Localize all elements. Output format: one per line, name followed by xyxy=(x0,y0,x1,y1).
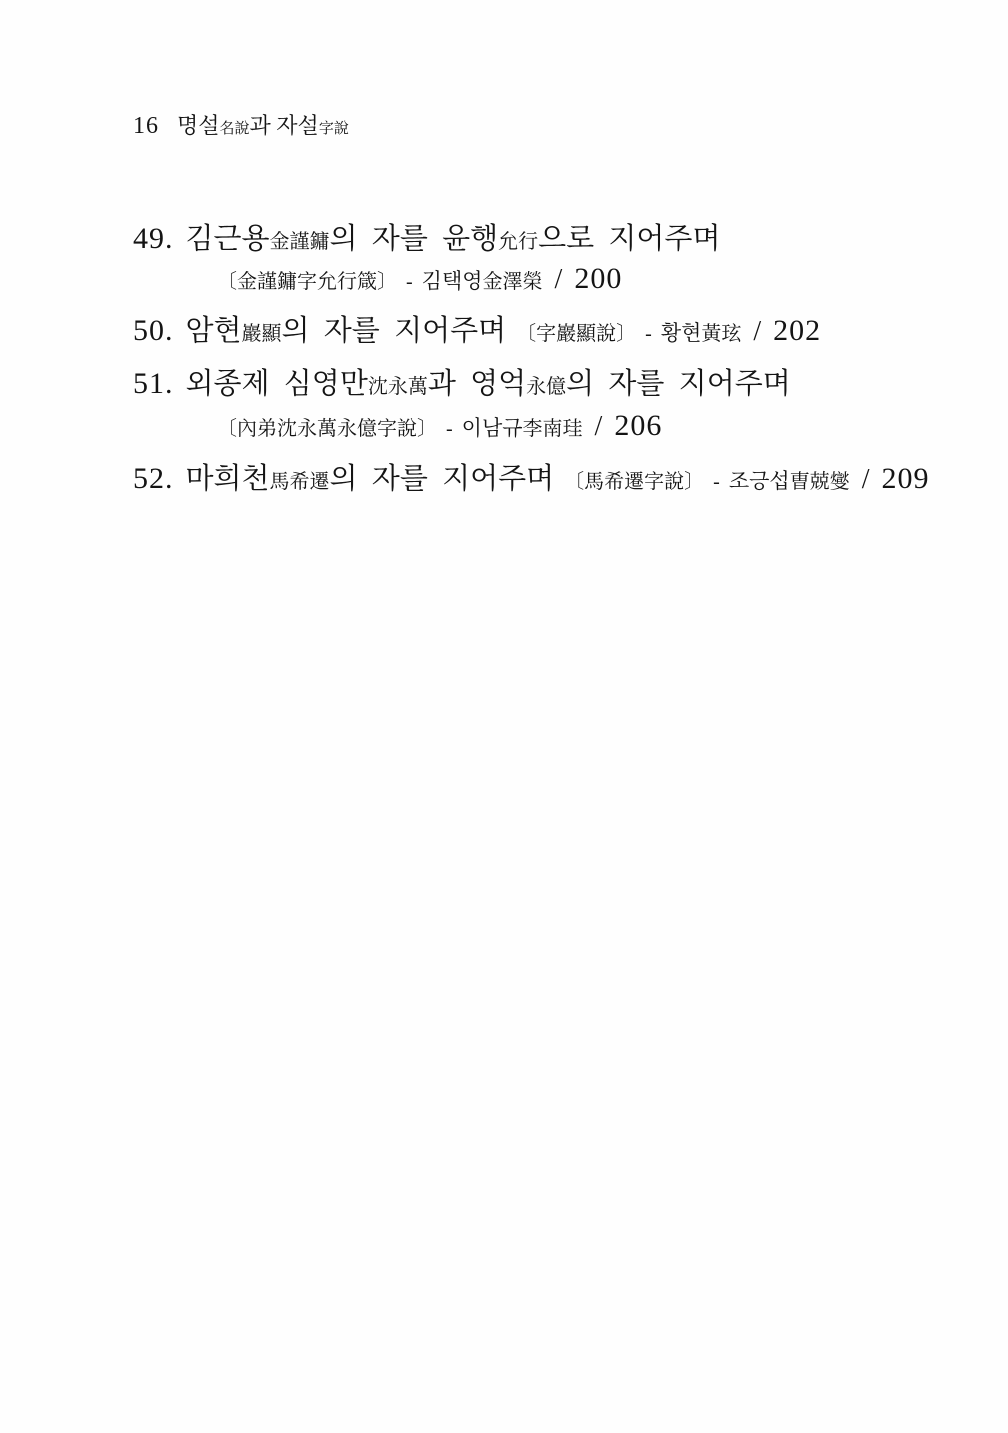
author-hanja: 黃玹 xyxy=(701,323,741,345)
toc-entry-50-title: 50.암현巖顯의 자를 지어주며〔字巖顯說〕-황현黃玹/202 xyxy=(133,314,933,351)
header-title-kr: 자설 xyxy=(276,113,319,138)
author-name: 이남규 xyxy=(462,416,523,440)
author-name: 황현 xyxy=(661,321,702,345)
hanja-annotation: 沈永萬 xyxy=(368,376,428,398)
title-text: 의 자를 지어주며 xyxy=(282,315,507,347)
hanja-annotation: 永億 xyxy=(526,376,566,398)
hanja-annotation: 巖顯 xyxy=(242,323,282,345)
dash: - xyxy=(446,418,453,440)
toc-entry-49-source: 〔金謹鏞字允行箴〕-김택영金澤榮/200 xyxy=(207,265,933,296)
title-text: 김근용 xyxy=(186,223,270,255)
author-hanja: 曺兢燮 xyxy=(790,471,850,493)
header-title-hanja: 字說 xyxy=(319,121,349,137)
entry-number: 49. xyxy=(133,222,174,255)
author-name: 김택영 xyxy=(422,269,483,293)
title-text: 의 자를 지어주며 xyxy=(330,463,555,495)
entry-number: 50. xyxy=(133,314,174,347)
header-page-number: 16 xyxy=(133,113,159,139)
entry-number: 52. xyxy=(133,462,174,495)
toc-entry-49-title: 49.김근용金謹鏞의 자를 윤행允行으로 지어주며 xyxy=(133,222,933,259)
header-title-hanja: 名說 xyxy=(220,121,250,137)
toc-entry-51-title: 51.외종제 심영만沈永萬과 영억永億의 자를 지어주며 xyxy=(133,367,933,404)
slash: / xyxy=(862,464,870,495)
hanja-annotation: 馬希遷 xyxy=(270,471,330,493)
page-ref: 209 xyxy=(881,462,929,495)
bracket-title: 〔馬希遷字說〕 xyxy=(564,471,704,493)
header-title-kr: 과 xyxy=(250,113,277,138)
page-ref: 202 xyxy=(773,314,821,347)
title-text: 과 영억 xyxy=(428,368,526,400)
page-ref: 206 xyxy=(614,409,662,442)
bracket-title: 〔字巖顯說〕 xyxy=(516,323,636,345)
toc-entry-51-source: 〔內弟沈永萬永億字說〕-이남규李南珪/206 xyxy=(207,412,933,443)
title-text: 암현 xyxy=(186,315,242,347)
dash: - xyxy=(406,271,413,293)
toc-list: 49.김근용金謹鏞의 자를 윤행允行으로 지어주며 〔金謹鏞字允行箴〕-김택영金… xyxy=(133,222,933,499)
title-text: 으로 지어주며 xyxy=(538,223,720,255)
slash: / xyxy=(753,316,761,347)
bracket-title: 〔金謹鏞字允行箴〕 xyxy=(217,271,397,293)
book-page: 16명설名說과 자설字說 49.김근용金謹鏞의 자를 윤행允行으로 지어주며 〔… xyxy=(0,0,1008,1433)
toc-entry-52-title: 52.마희천馬希遷의 자를 지어주며〔馬希遷字說〕-조긍섭曺兢燮/209 xyxy=(133,462,933,499)
slash: / xyxy=(595,411,603,442)
author-hanja: 李南珪 xyxy=(523,418,583,440)
dash: - xyxy=(645,323,652,345)
title-text: 의 자를 지어주며 xyxy=(566,368,791,400)
hanja-annotation: 金謹鏞 xyxy=(270,231,330,253)
title-text: 마희천 xyxy=(186,463,270,495)
hanja-annotation: 允行 xyxy=(498,231,538,253)
author-hanja: 金澤榮 xyxy=(483,271,543,293)
dash: - xyxy=(713,471,720,493)
title-text: 의 자를 윤행 xyxy=(330,223,499,255)
bracket-title: 〔內弟沈永萬永億字說〕 xyxy=(217,418,437,440)
header-title-kr: 명설 xyxy=(177,113,220,138)
slash: / xyxy=(555,264,563,295)
entry-number: 51. xyxy=(133,367,174,400)
title-text: 외종제 심영만 xyxy=(186,368,368,400)
author-name: 조긍섭 xyxy=(729,469,790,493)
running-header: 16명설名說과 자설字說 xyxy=(133,112,349,143)
page-ref: 200 xyxy=(574,262,622,295)
